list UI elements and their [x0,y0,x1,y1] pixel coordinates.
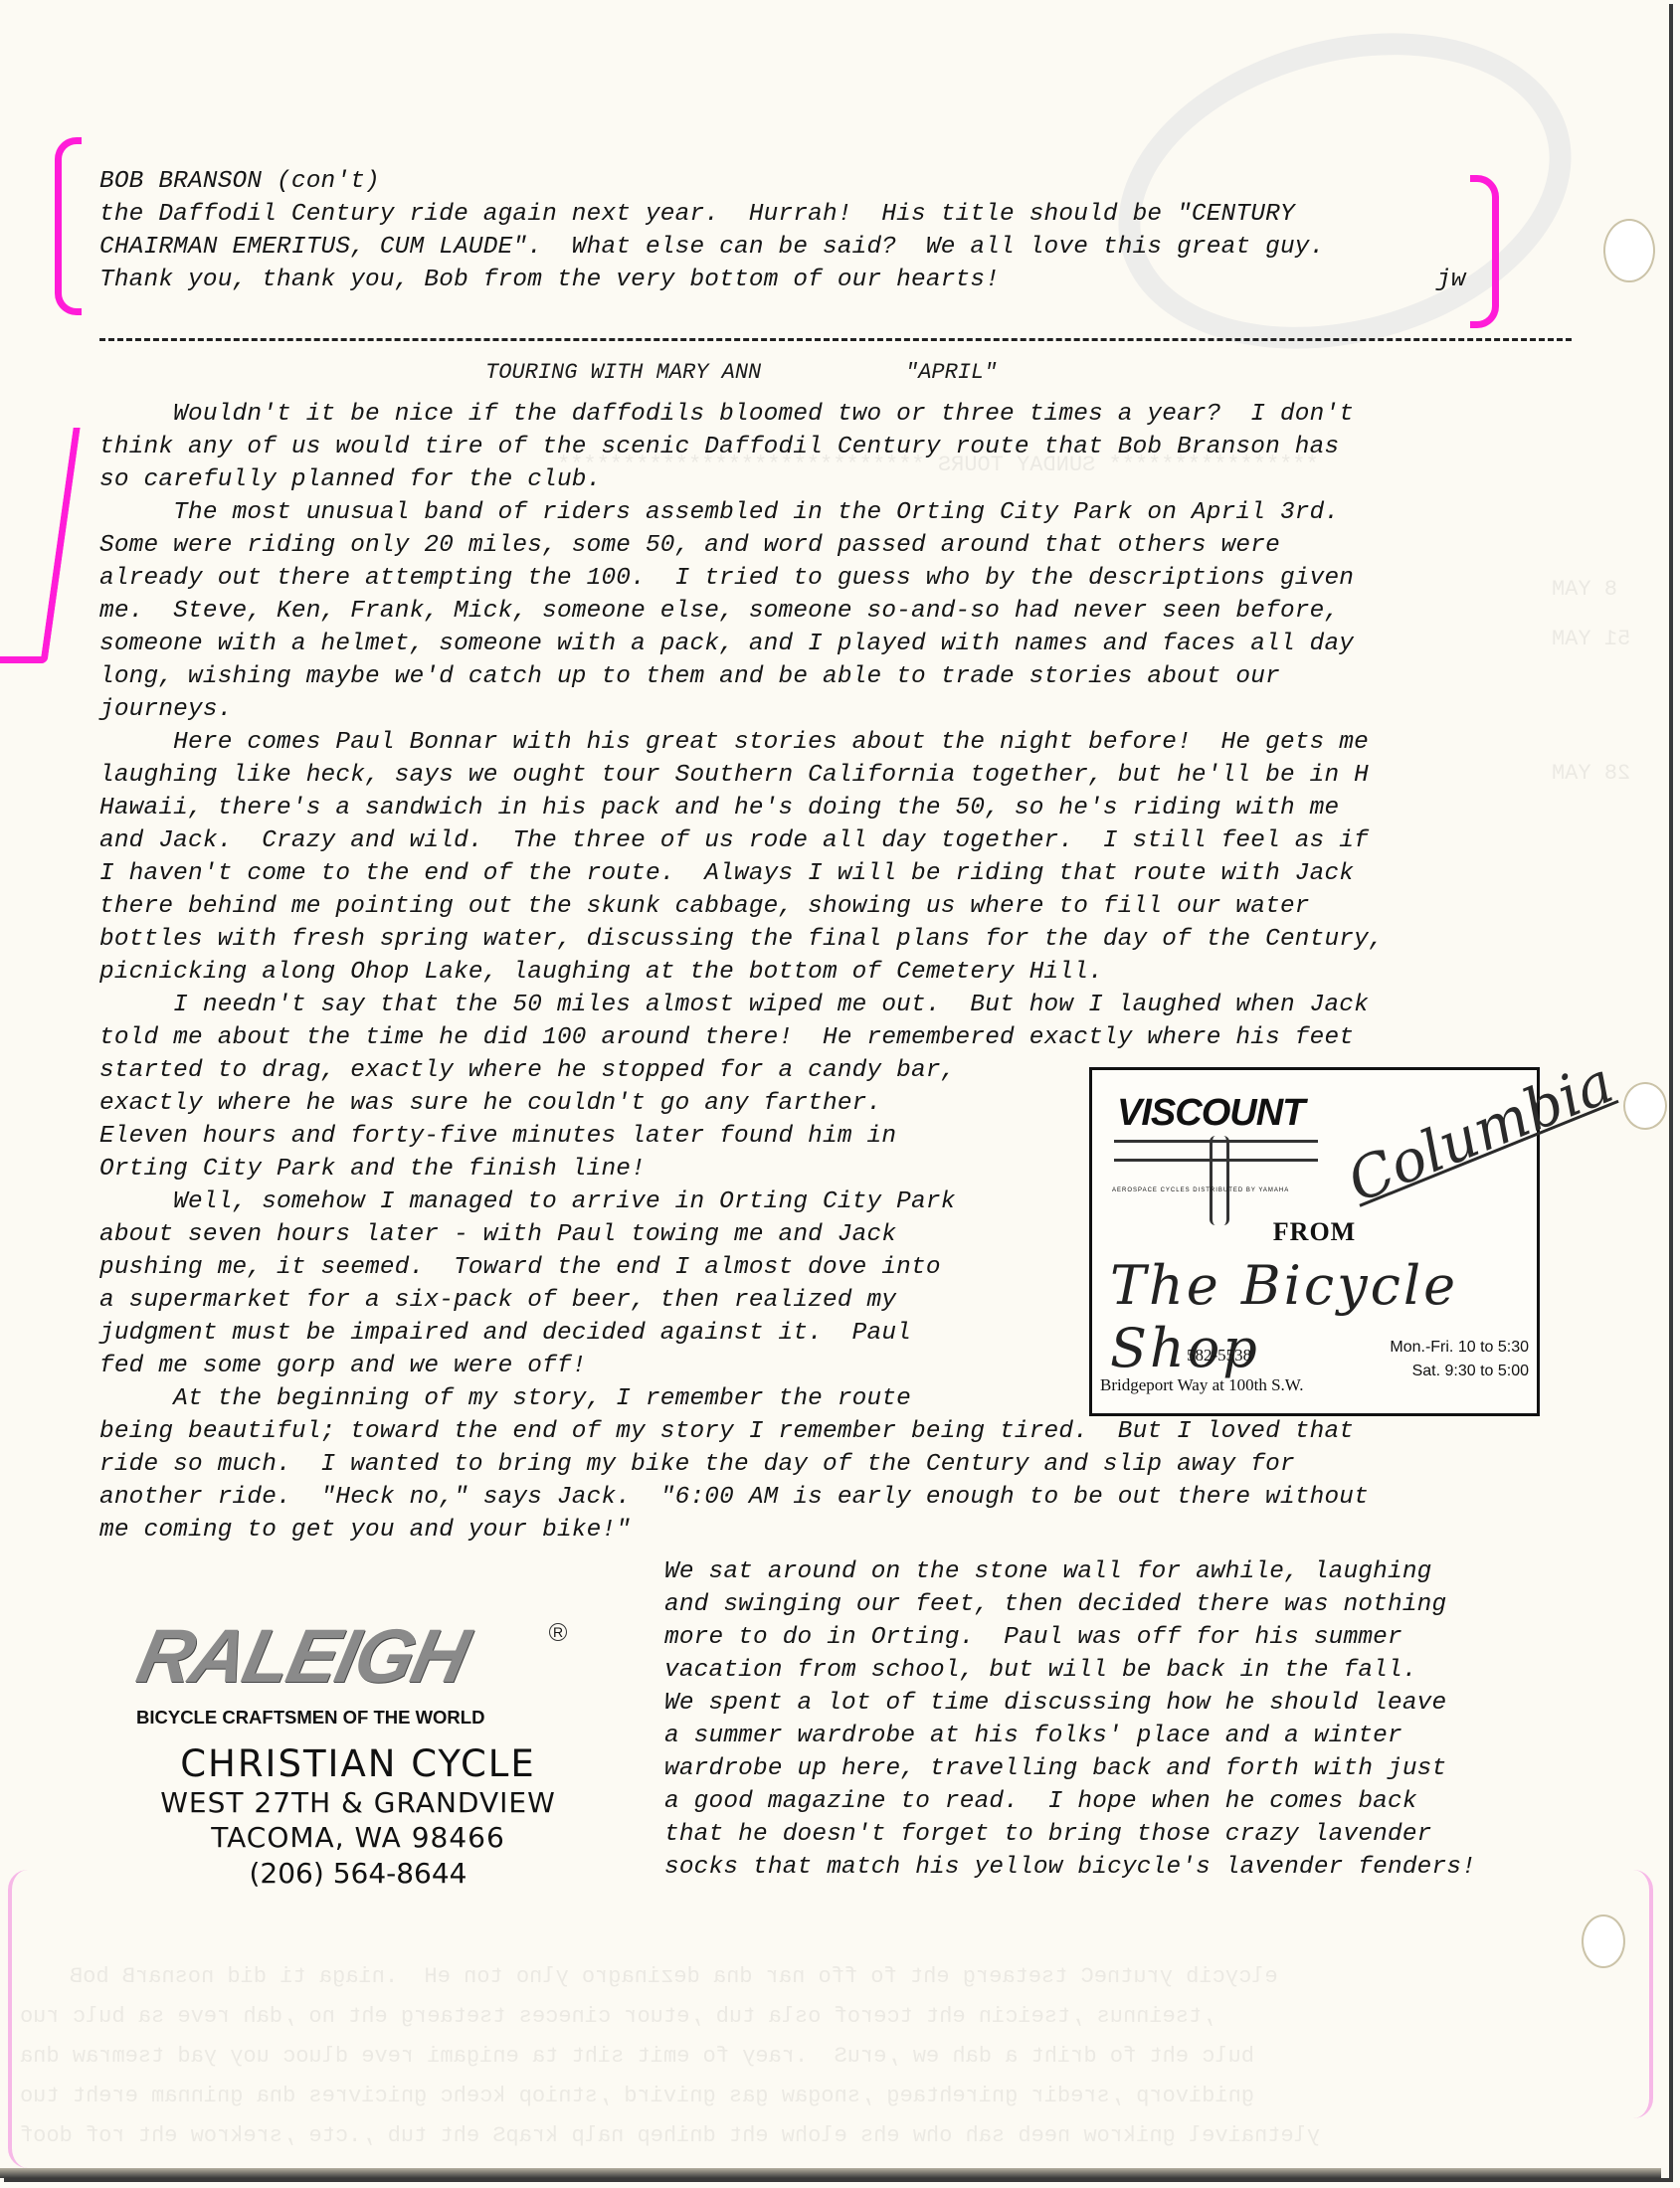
column-month: "APRIL" [905,360,997,385]
article-line: me. Steve, Ken, Frank, Mick, someone els… [99,595,1339,628]
newsletter-page: **************** SUNDAY TOURS **********… [0,0,1669,2178]
article-line: wardrobe up here, travelling back and fo… [664,1752,1446,1785]
article-line: Wouldn't it be nice if the daffodils blo… [99,398,1354,431]
continuation-line: the Daffodil Century ride again next yea… [99,198,1295,231]
emblem-stem-icon [1210,1136,1229,1225]
article-line: another ride. "Heck no," says Jack. "6:0… [99,1481,1369,1514]
store-address: WEST 27TH & GRANDVIEW [99,1786,617,1819]
signature-initials: jw [1436,264,1466,296]
article-line: a good magazine to read. I hope when he … [664,1785,1417,1818]
faint-bracket-left [8,1870,42,2168]
article-line: someone with a helmet, someone with a pa… [99,628,1354,660]
show-through-text: 8 YAM [1552,577,1617,602]
article-line: Hawaii, there's a sandwich in his pack a… [99,792,1339,824]
article-line: and Jack. Crazy and wild. The three of u… [99,824,1369,857]
article-line: Orting City Park and the finish line! [99,1153,646,1185]
article-line: and swinging our feet, then decided ther… [664,1588,1446,1621]
hole-punch [1582,1914,1625,1968]
store-city: TACOMA, WA 98466 [99,1821,617,1854]
store-name: CHRISTIAN CYCLE [99,1742,617,1785]
raleigh-logo: RALEIGH [130,1613,474,1700]
article-line: more to do in Orting. Paul was off for h… [664,1621,1402,1654]
article-line: The most unusual band of riders assemble… [99,496,1339,529]
highlighter-checkmark [0,428,81,663]
show-through-text: elcycib yrutneC tsetaerg eht fo ffo nar … [70,1964,1278,1989]
viscount-logo: VISCOUNT [1117,1092,1304,1135]
article-line: bottles with fresh spring water, discuss… [99,923,1384,956]
article-line: being beautiful; toward the end of my st… [99,1415,1354,1448]
article-line: I needn't say that the 50 miles almost w… [99,989,1369,1021]
shop-hours-saturday: Sat. 9:30 to 5:00 [1412,1363,1529,1380]
highlighter-bracket-right [1470,175,1499,328]
article-line: that he doesn't forget to bring those cr… [664,1818,1432,1851]
article-line: started to drag, exactly where he stoppe… [99,1054,956,1087]
article-line: me coming to get you and your bike!" [99,1514,631,1547]
faint-bracket-right [1631,1870,1653,2118]
continuation-line: Thank you, thank you, Bob from the very … [99,264,1000,296]
article-line: We spent a lot of time discussing how he… [664,1687,1446,1720]
column-title: TOURING WITH MARY ANN [485,360,761,385]
show-through-text: gnidivorp ,sredir gnirehtaeg ,snogaw gas… [20,2084,1254,2108]
article-line: already out there attempting the 100. I … [99,562,1354,595]
article-line: so carefully planned for the club. [99,463,601,496]
article-line: socks that match his yellow bicycle's la… [664,1851,1476,1884]
article-line: vacation from school, but will be back i… [664,1654,1417,1687]
article-line: long, wishing maybe we'd catch up to the… [99,660,1280,693]
hole-punch [1623,1082,1667,1130]
viscount-tagline: AEROSPACE CYCLES DISTRIBUTED BY YAMAHA [1112,1187,1289,1193]
article-line: ride so much. I wanted to bring my bike … [99,1448,1295,1481]
article-line: a summer wardrobe at his folks' place an… [664,1720,1402,1752]
shop-hours-weekday: Mon.-Fri. 10 to 5:30 [1390,1339,1529,1357]
continuation-header: BOB BRANSON (con't) [99,165,380,198]
article-line: picnicking along Ohop Lake, laughing at … [99,956,1103,989]
shop-name: The Bicycle Shop [1110,1254,1537,1379]
article-line: exactly where he was sure he couldn't go… [99,1087,881,1120]
store-phone: (206) 564-8644 [99,1857,617,1890]
article-line: Some were riding only 20 miles, some 50,… [99,529,1280,562]
columbia-logo: Columbia [1338,1048,1622,1215]
highlighter-bracket-left [55,137,82,315]
article-line: Well, somehow I managed to arrive in Ort… [99,1185,956,1218]
article-line: fed me some gorp and we were off! [99,1350,587,1382]
shop-phone: 582-5538 [1187,1346,1251,1366]
show-through-text: 28 YAM [1552,761,1630,786]
from-label: FROM [1092,1217,1537,1247]
raleigh-slogan: BICYCLE CRAFTSMEN OF THE WORLD [136,1707,484,1729]
raleigh-ad: RALEIGH R BICYCLE CRAFTSMEN OF THE WORLD… [99,1601,656,1890]
show-through-text: ,tseinnus ,tseicin eht tcerof osla tub ,… [20,2004,1214,2029]
article-line: We sat around on the stone wall for awhi… [664,1555,1432,1588]
article-line: judgment must be impaired and decided ag… [99,1317,911,1350]
article-line: pushing me, it seemed. Toward the end I … [99,1251,941,1284]
show-through-text: bulc eht fo driht a dah ew ,eruS .raey f… [20,2044,1254,2069]
continuation-line: CHAIRMAN EMERITUS, CUM LAUDE". What else… [99,231,1324,264]
registered-mark-icon: R [549,1623,567,1641]
article-line: At the beginning of my story, I remember… [99,1382,911,1415]
show-through-text: 51 YAM [1552,627,1630,651]
article-line: Here comes Paul Bonnar with his great st… [99,726,1369,759]
article-line: journeys. [99,693,233,726]
hole-punch [1603,219,1655,282]
article-line: there behind me pointing out the skunk c… [99,890,1310,923]
article-line: I haven't come to the end of the route. … [99,857,1354,890]
section-divider [99,338,1572,341]
shop-address: Bridgeport Way at 100th S.W. [1100,1375,1304,1395]
article-line: Eleven hours and forty-five minutes late… [99,1120,896,1153]
article-line: told me about the time he did 100 around… [99,1021,1354,1054]
article-line: about seven hours later - with Paul towi… [99,1218,896,1251]
article-line: a supermarket for a six-pack of beer, th… [99,1284,896,1317]
show-through-text: yletnaivel gnikrow neeb sah ohw ehs eloh… [20,2123,1320,2148]
page-edge-shadow [0,2168,1661,2178]
bicycle-shop-ad: VISCOUNT AEROSPACE CYCLES DISTRIBUTED BY… [1089,1067,1540,1416]
article-line: laughing like heck, says we ought tour S… [99,759,1369,792]
article-line: think any of us would tire of the scenic… [99,431,1339,463]
